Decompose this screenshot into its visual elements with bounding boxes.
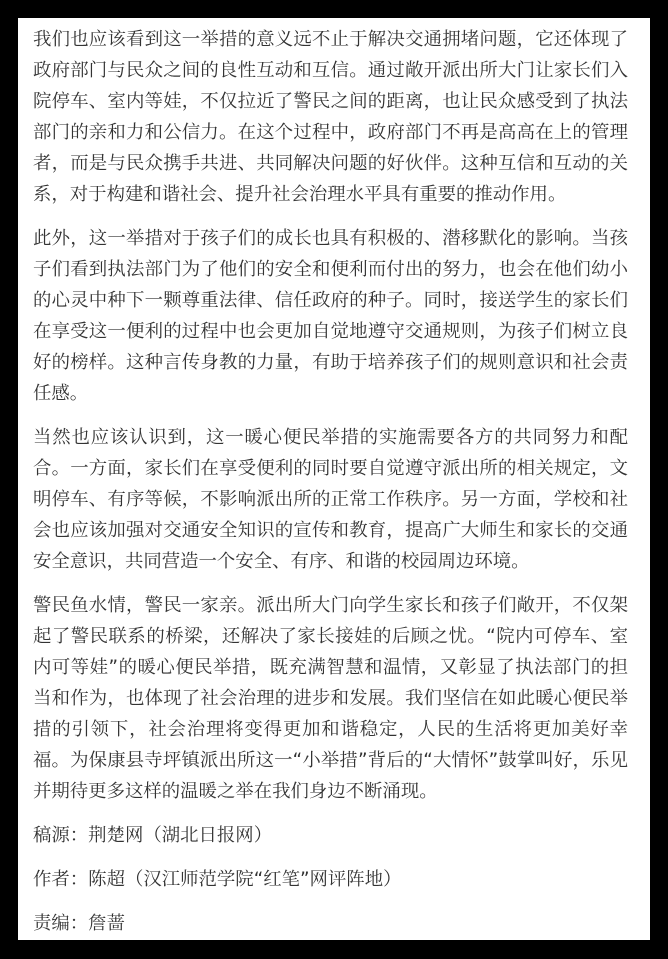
article-source: 稿源：荆楚网（湖北日报网） [33,820,628,851]
paragraph-children-influence: 此外，这一举措对于孩子们的成长也具有积极的、潜移默化的影响。当孩子们看到执法部门… [33,223,628,409]
paragraph-conclusion: 警民鱼水情，警民一家亲。派出所大门向学生家长和孩子们敞开，不仅架起了警民联系的桥… [33,590,628,807]
paragraph-significance: 我们也应该看到这一举措的意义远不止于解决交通拥堵问题，它还体现了政府部门与民众之… [33,24,628,210]
article-body: 我们也应该看到这一举措的意义远不止于解决交通拥堵问题，它还体现了政府部门与民众之… [18,18,650,940]
paragraph-cooperation: 当然也应该认识到，这一暖心便民举措的实施需要各方的共同努力和配合。一方面，家长们… [33,422,628,577]
article-editor: 责编：詹蔷 [33,908,628,939]
article-author: 作者：陈超（汉江师范学院“红笔”网评阵地） [33,864,628,895]
